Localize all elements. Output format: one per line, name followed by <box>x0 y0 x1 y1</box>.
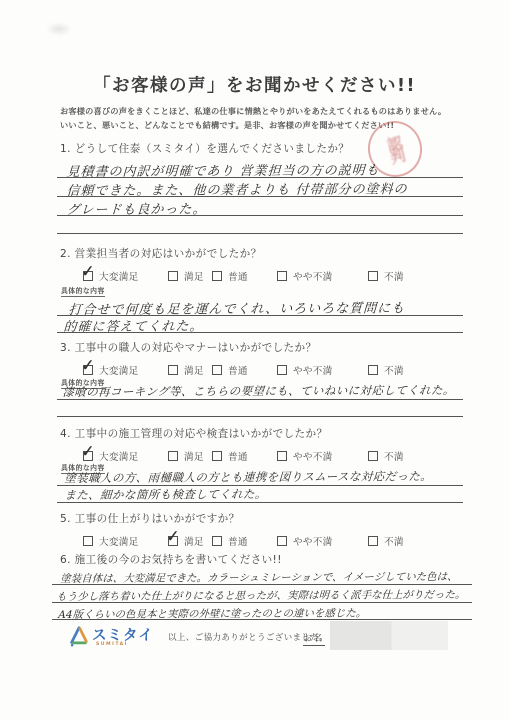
q4-option-neutral: 普通 <box>212 445 248 464</box>
q3-option-dissatisfied: 不満 <box>368 359 404 378</box>
q5-options-row: 大変満足 満足 普通 やや不満 不満 <box>0 530 509 544</box>
answer-line <box>57 332 463 333</box>
option-label: 不満 <box>384 272 404 283</box>
approval-stamp-text: 認判 <box>385 135 406 164</box>
checkbox-icon <box>368 271 378 281</box>
answer-line <box>57 196 463 197</box>
scan-smudge <box>46 22 72 36</box>
option-label: やや不満 <box>293 537 333 548</box>
checkbox-icon <box>83 536 93 546</box>
option-label: 普通 <box>228 272 248 283</box>
option-label: 大変満足 <box>99 537 139 548</box>
checkbox-icon <box>368 365 378 375</box>
checkbox-icon <box>168 536 178 546</box>
checkbox-icon <box>277 536 287 546</box>
checkbox-icon <box>277 271 287 281</box>
answer-line <box>57 485 463 486</box>
question-3-heading: 3. 工事中の職人の対応やマナーはいかがでしたか？ <box>60 340 317 355</box>
option-label: 不満 <box>384 452 404 463</box>
q3-handwriting-line-1: 漆喰の再コーキング等、こちらの要望にも、ていねいに対応してくれた。 <box>62 382 455 400</box>
checkbox-icon <box>368 451 378 461</box>
q2-detail-label: 具体的な内容 <box>61 285 105 297</box>
checkbox-icon <box>212 271 222 281</box>
answer-line <box>57 233 463 234</box>
sumitai-logo-icon <box>68 625 90 651</box>
answer-line <box>57 177 463 178</box>
checkbox-icon <box>277 451 287 461</box>
answer-line <box>57 315 463 316</box>
q2-option-dissatisfied: 不満 <box>368 265 404 284</box>
option-label: 満足 <box>184 452 204 463</box>
answer-line <box>57 502 463 503</box>
q5-option-neutral: 普通 <box>212 530 248 549</box>
q4-option-dissatisfied: 不満 <box>368 445 404 464</box>
redaction-box <box>330 621 448 650</box>
question-4-heading: 4. 工事中の施工管理の対応や検査はいかがでしたか？ <box>60 426 328 441</box>
checkbox-icon <box>277 365 287 375</box>
answer-line <box>57 215 463 216</box>
answer-line <box>52 584 472 585</box>
q2-options-row: 大変満足 満足 普通 やや不満 不満 <box>0 265 509 279</box>
checkbox-icon <box>168 451 178 461</box>
option-label: 普通 <box>228 366 248 377</box>
footer: スミタイ SUMITAI 以上、ご協力ありがとうございました。 お名 <box>0 618 509 658</box>
checkbox-icon <box>212 365 222 375</box>
q4-options-row: 大変満足 満足 普通 やや不満 不満 <box>0 445 509 459</box>
option-label: やや不満 <box>293 366 333 377</box>
q2-option-satisfied: 満足 <box>168 265 204 284</box>
option-label: 満足 <box>184 272 204 283</box>
question-6-heading: 6. 施工後の今のお気持ちを書いてください!! <box>60 552 282 567</box>
checkbox-icon <box>168 365 178 375</box>
checkbox-icon <box>83 451 93 461</box>
q5-option-somewhat-dissatisfied: やや不満 <box>277 530 333 549</box>
checkbox-icon <box>83 271 93 281</box>
option-label: 大変満足 <box>99 366 139 377</box>
checkbox-icon <box>368 536 378 546</box>
q3-options-row: 大変満足 満足 普通 やや不満 不満 <box>0 359 509 373</box>
answer-line <box>52 602 472 603</box>
q4-option-somewhat-dissatisfied: やや不満 <box>277 445 333 464</box>
name-field-label: お名 <box>303 630 325 646</box>
option-label: 満足 <box>184 366 204 377</box>
question-5-heading: 5. 工事の仕上がりはいかがですか？ <box>60 511 240 526</box>
q4-handwriting-line-1: 塗装職人の方、雨樋職人の方とも連携を図りスムースな対応だった。 <box>64 468 433 486</box>
q5-option-dissatisfied: 不満 <box>368 530 404 549</box>
q5-option-satisfied: 満足 <box>168 530 204 549</box>
question-1-heading: 1. どうして住泰（スミタイ）を選んでくださいましたか？ <box>60 141 349 156</box>
q6-handwriting-line-1: 塗装自体は、大変満足できた。カラーシュミレーションで、イメージしていた色は、 <box>60 568 458 585</box>
q2-option-somewhat-dissatisfied: やや不満 <box>277 265 333 284</box>
checkbox-icon <box>212 451 222 461</box>
option-label: 大変満足 <box>99 452 139 463</box>
checkbox-icon <box>168 271 178 281</box>
q3-option-somewhat-dissatisfied: やや不満 <box>277 359 333 378</box>
option-label: やや不満 <box>293 452 333 463</box>
option-label: 普通 <box>228 452 248 463</box>
option-label: 不満 <box>384 366 404 377</box>
option-label: 満足 <box>184 537 204 548</box>
page-title: 「お客様の声」をお聞かせください!! <box>0 72 509 97</box>
q2-option-neutral: 普通 <box>212 265 248 284</box>
q4-option-satisfied: 満足 <box>168 445 204 464</box>
sumitai-logo-subtext: SUMITAI <box>96 642 128 647</box>
subtitle-line-2: いいこと、悪いこと、どんなことでも結構です。是非、お客様の声を聞かせてください!… <box>60 120 394 131</box>
option-label: 不満 <box>384 537 404 548</box>
subtitle-line-1: お客様の喜びの声をきくことほど、私達の仕事に情熱とやりがいをあたえてくれるものは… <box>60 106 446 117</box>
q2-option-very-satisfied: 大変満足 <box>83 265 139 284</box>
answer-line <box>57 399 463 400</box>
question-2-heading: 2. 営業担当者の対応はいかがでしたか？ <box>60 246 262 261</box>
q3-option-very-satisfied: 大変満足 <box>83 359 139 378</box>
q4-handwriting-line-2: また、細かな箇所も検査してくれた。 <box>64 486 267 503</box>
q6-handwriting-line-2: もう少し落ち着いた仕上がりになると思ったが、実際は明るく派手な仕上がりだった。 <box>56 586 466 603</box>
scanned-survey-page: 「お客様の声」をお聞かせください!! お客様の喜びの声をきくことほど、私達の仕事… <box>0 0 509 720</box>
option-label: 普通 <box>228 537 248 548</box>
q3-option-satisfied: 満足 <box>168 359 204 378</box>
answer-line <box>57 416 463 417</box>
checkbox-icon <box>212 536 222 546</box>
option-label: やや不満 <box>293 272 333 283</box>
option-label: 大変満足 <box>99 272 139 283</box>
q3-option-neutral: 普通 <box>212 359 248 378</box>
q5-option-very-satisfied: 大変満足 <box>83 530 139 549</box>
checkbox-icon <box>83 365 93 375</box>
